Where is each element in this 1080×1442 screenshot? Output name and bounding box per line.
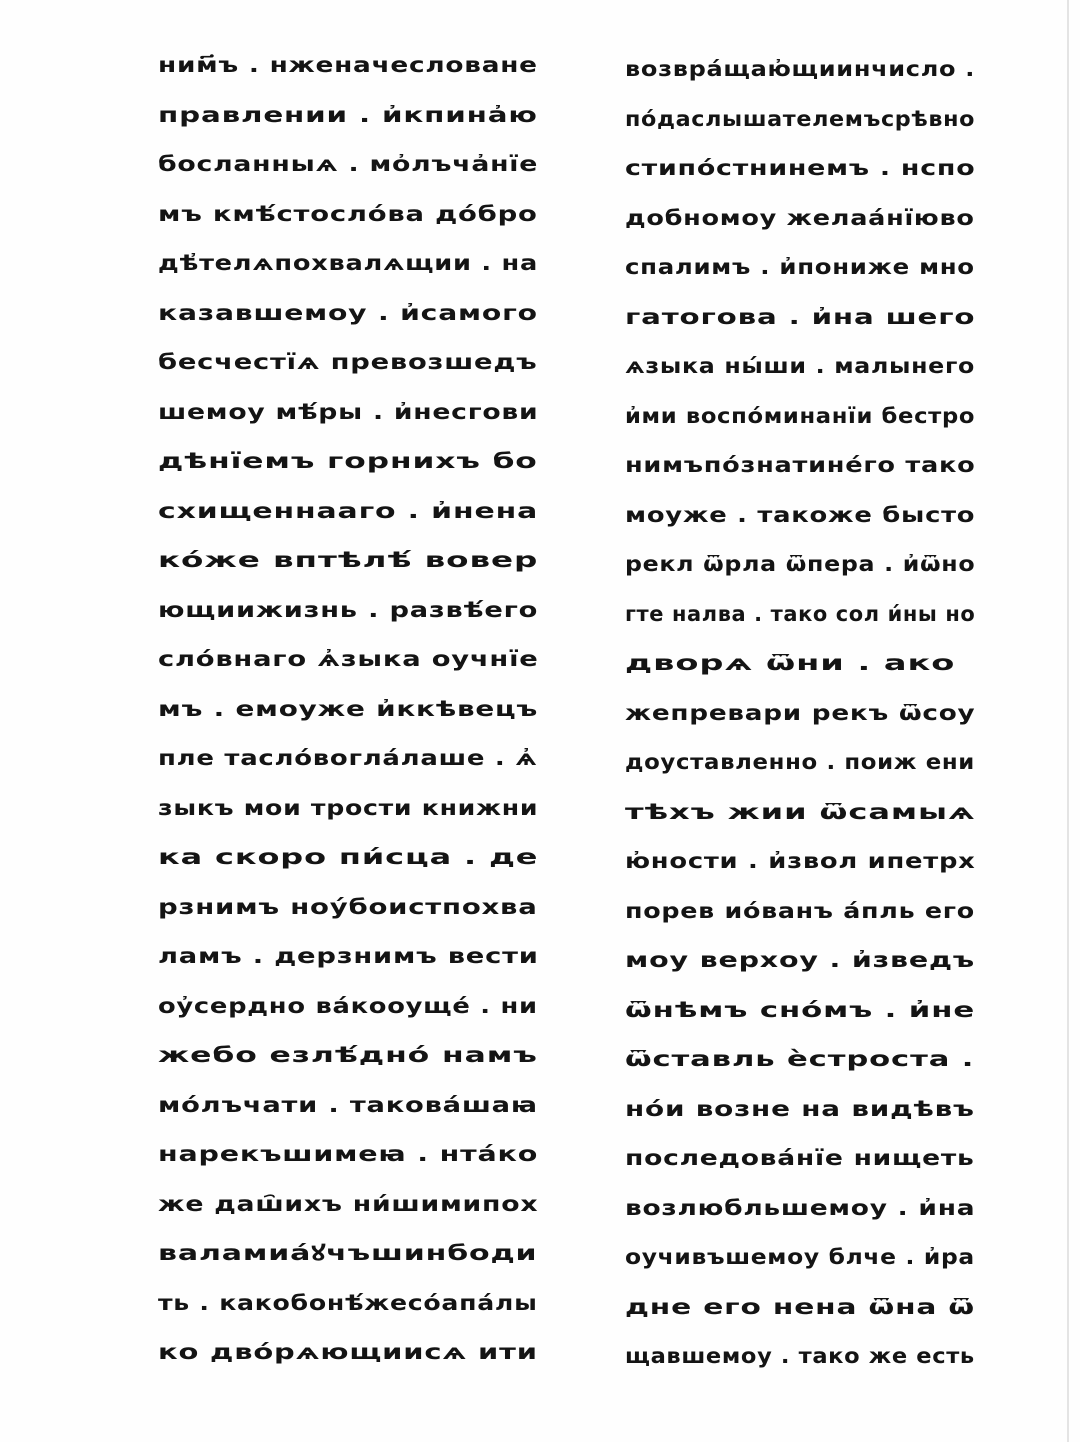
manuscript-line: ко́же вптѣлѣ́ вовер — [158, 547, 538, 573]
manuscript-line: по́даслышателемъсрѣвно — [625, 106, 975, 132]
manuscript-line: дворѧ ѿни . ако — [625, 650, 955, 676]
manuscript-line: жебо езлѣ́дно́ намъ — [158, 1042, 538, 1068]
manuscript-line: ющиижизнь . развѣ́его — [158, 597, 538, 623]
manuscript-line: ко дво́рѧющиисѧ ити — [158, 1339, 538, 1365]
manuscript-line: рзнимъ ноу́боистпохва — [158, 894, 538, 920]
manuscript-line: ть . какобонѣ́жесо́апа́лы — [158, 1290, 538, 1316]
manuscript-line: сло́внаго ѧ҆зыка оучнїе — [158, 646, 539, 672]
manuscript-line: мо́лъчати . такова́шаꙗ — [158, 1092, 538, 1118]
manuscript-line: правлении . и҆кпина҆ю — [158, 102, 538, 128]
manuscript-line: жепревари рекъ ѿсоу — [625, 700, 975, 726]
manuscript-line: моуже . такоже бысто — [625, 502, 975, 528]
manuscript-line: нарекъшимеꙗ . нта́ко — [158, 1141, 538, 1167]
manuscript-line: схищеннааго . и҆нена — [158, 498, 538, 524]
manuscript-line: возлюбльшемоу . и҆на — [625, 1195, 975, 1221]
manuscript-line: шемоу мѣ́ры . и҆несгови — [158, 399, 538, 425]
manuscript-line: мъ кмѣ́стосло́ва до́бро — [158, 201, 538, 227]
manuscript-line: гатогова . и҆на шего — [625, 304, 975, 330]
manuscript-line: дѣнїемъ горнихъ бо — [158, 448, 538, 474]
manuscript-line: тѣхъ жии ѿсамыѧ — [625, 799, 976, 825]
manuscript-line: мъ . емоуже и҆ккѣвецъ — [158, 696, 538, 722]
manuscript-line: зыкъ мои трости книжни — [158, 795, 538, 821]
manuscript-line: же даш҄ихъ ни́шимипох — [158, 1191, 538, 1217]
manuscript-line: гте налва . тако сол и́ны но — [625, 601, 975, 627]
manuscript-line: оучивъшемоу блче . и҆ра — [625, 1244, 975, 1270]
manuscript-line: щавшемоу . тако же есть — [625, 1343, 975, 1369]
manuscript-line: и҆ми воспо́минанїи бестро — [625, 403, 975, 429]
manuscript-line: последова́нїе нищеть — [625, 1145, 975, 1171]
page-edge-line — [1067, 0, 1069, 1442]
manuscript-line: пле тасло́вогла́лаше . ѧ҆ — [158, 745, 538, 771]
manuscript-line: доуставленно . поиж ени — [625, 749, 975, 775]
manuscript-line: нимъпо́знатине́го тако — [625, 452, 975, 478]
manuscript-page: ним҃ъ . нженачеслованеправлении . и҆кпин… — [0, 0, 1080, 1442]
manuscript-line: порев ио́ванъ а́пль его — [625, 898, 975, 924]
manuscript-line: ѿставль ѐстроста . — [625, 1046, 974, 1072]
manuscript-line: босланныѧ . мо҆лъча҆нїе — [158, 151, 538, 177]
manuscript-line: ѧзыка ны́ши . малынего — [625, 353, 975, 379]
manuscript-line: моу верхоу . и҆зведъ — [625, 947, 975, 973]
manuscript-line: добномоу желаа́нїюво — [625, 205, 975, 231]
manuscript-line: стипо́стнинемъ . нспо — [625, 155, 975, 181]
manuscript-line: бесчестїѧ превозшедъ — [158, 349, 537, 375]
manuscript-line: ка скоро пи́сца . де — [158, 844, 538, 870]
manuscript-line: возвра́щаю҆щиинчисло . — [625, 56, 975, 82]
manuscript-line: ѿнѣмъ сно́мъ . и҆не — [625, 997, 975, 1023]
manuscript-line: дѣ҆телѧпохвалѧщии . на — [158, 250, 538, 276]
manuscript-line: спалимъ . и҆пониже мно — [625, 254, 975, 280]
manuscript-line: валамиа́ꙋчъшинбоди — [158, 1240, 537, 1266]
manuscript-line: ним҃ъ . нженачесловане — [158, 52, 538, 78]
manuscript-line: оу҆сердно ва́кооуще́ . ни — [158, 993, 538, 1019]
manuscript-line: ламъ . дерзнимъ вести — [158, 943, 539, 969]
manuscript-line: дне его нена ѿна ѿ — [625, 1294, 975, 1320]
manuscript-line: рекл ѿрла ѿпера . и҆ѿно — [625, 551, 975, 577]
manuscript-line: но́и возне на видѣвъ — [625, 1096, 975, 1122]
manuscript-line: казавшемоу . и҆самого — [158, 300, 538, 326]
manuscript-line: ю҆ности . и҆звол ипетрх — [625, 848, 976, 874]
